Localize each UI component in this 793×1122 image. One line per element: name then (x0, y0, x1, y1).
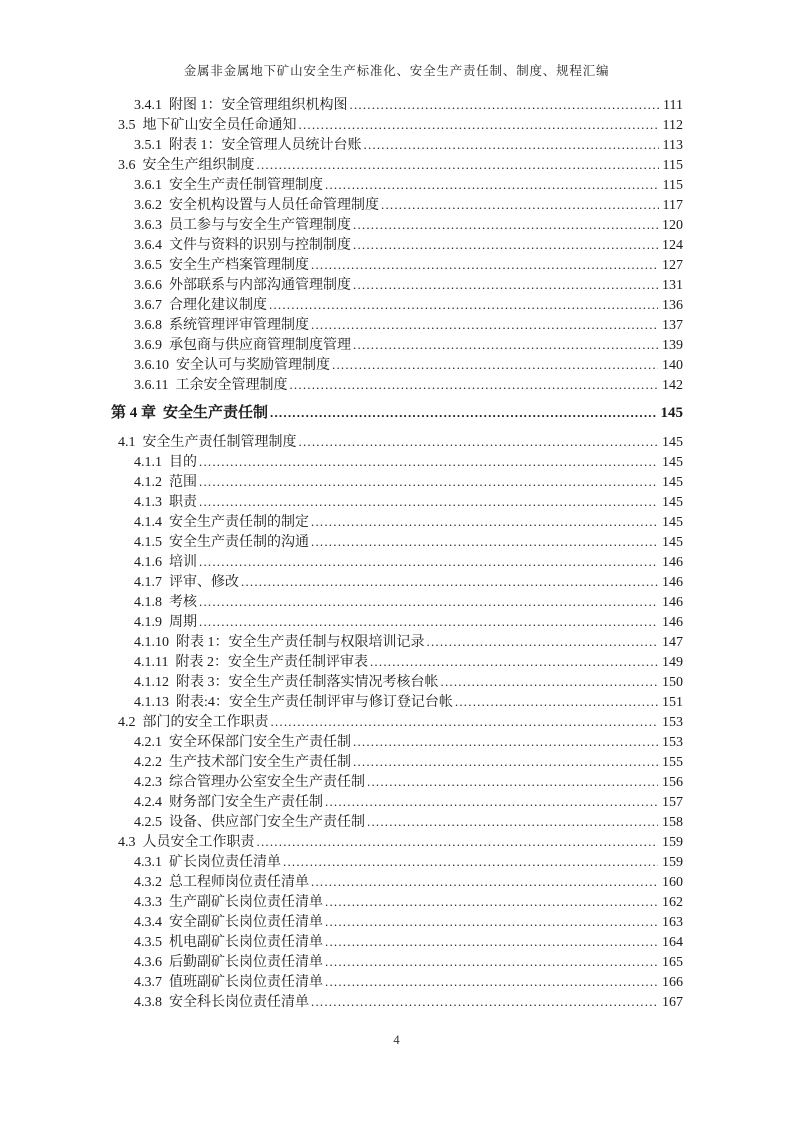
toc-entry-title: 机电副矿长岗位责任清单 (169, 933, 323, 953)
toc-entry-page: 158 (662, 813, 683, 833)
toc-entry-title: 安全生产责任制的沟通 (169, 533, 309, 553)
toc-entry[interactable]: 3.6.3 员工参与与安全生产管理制度 120 (111, 215, 683, 235)
toc-entry-title: 安全生产责任制 (163, 403, 268, 423)
toc-entry-number: 3.6.10 (134, 356, 169, 376)
toc-entry-page: 146 (662, 593, 683, 613)
toc-entry-number: 4.3.6 (134, 953, 162, 973)
toc-entry-title: 值班副矿长岗位责任清单 (169, 973, 323, 993)
toc-entry[interactable]: 3.6.8 系统管理评审管理制度 137 (111, 315, 683, 335)
toc-dot-leader (199, 492, 658, 513)
toc-entry[interactable]: 4.2.4 财务部门安全生产责任制 157 (111, 792, 683, 812)
toc-entry-page: 127 (662, 256, 683, 276)
toc-entry-number: 4.3.2 (134, 873, 162, 893)
toc-entry-page: 165 (662, 953, 683, 973)
toc-entry-title: 财务部门安全生产责任制 (169, 793, 323, 813)
toc-entry-number: 4.1.2 (134, 473, 162, 493)
document-page: 金属非金属地下矿山安全生产标准化、安全生产责任制、制度、规程汇编 3.4.1 附… (0, 0, 793, 1122)
toc-entry-page: 147 (662, 633, 683, 653)
toc-entry-title: 安全认可与奖励管理制度 (176, 356, 330, 376)
toc-entry[interactable]: 4.1.11 附表 2：安全生产责任制评审表 149 (111, 652, 683, 672)
toc-dot-leader (367, 772, 658, 793)
toc-entry[interactable]: 4.1.7 评审、修改 146 (111, 572, 683, 592)
toc-entry-title: 安全科长岗位责任清单 (169, 993, 309, 1013)
toc-entry-title: 文件与资料的识别与控制制度 (169, 236, 351, 256)
toc-entry-page: 142 (662, 376, 683, 396)
toc-entry[interactable]: 4.1.13 附表:4：安全生产责任制评审与修订登记台帐 151 (111, 692, 683, 712)
toc-entry-number: 4.1.6 (134, 553, 162, 573)
toc-dot-leader (381, 195, 659, 216)
toc-entry-number: 3.6 (118, 156, 136, 176)
toc-entry-title: 附表 3：安全生产责任制落实情况考核台帐 (176, 673, 439, 693)
toc-entry-number: 4.1.5 (134, 533, 162, 553)
toc-dot-leader (350, 95, 660, 116)
toc-entry-page: 146 (662, 613, 683, 633)
toc-entry-number: 4.2.1 (134, 733, 162, 753)
toc-entry[interactable]: 4.2 部门的安全工作职责 153 (111, 712, 683, 732)
toc-entry-title: 安全副矿长岗位责任清单 (169, 913, 323, 933)
toc-dot-leader (311, 315, 658, 336)
toc-entry-page: 162 (662, 893, 683, 913)
toc-entry[interactable]: 3.6.6 外部联系与内部沟通管理制度 131 (111, 275, 683, 295)
toc-entry-page: 146 (662, 553, 683, 573)
toc-dot-leader (353, 235, 658, 256)
toc-entry-number: 3.6.8 (134, 316, 162, 336)
toc-entry-page: 111 (663, 96, 683, 116)
toc-entry-number: 3.6.11 (134, 376, 168, 396)
toc-dot-leader (311, 532, 658, 553)
toc-entry-page: 140 (662, 356, 683, 376)
toc-dot-leader (325, 792, 658, 813)
toc-entry-title: 合理化建议制度 (169, 296, 267, 316)
toc-entry-number: 第 4 章 (111, 403, 156, 423)
toc-entry-page: 157 (662, 793, 683, 813)
toc-entry-number: 3.6.5 (134, 256, 162, 276)
toc-dot-leader (370, 652, 658, 673)
toc-entry[interactable]: 3.5.1 附表 1：安全管理人员统计台账 113 (111, 135, 683, 155)
toc-entry-title: 附表:4：安全生产责任制评审与修订登记台帐 (176, 693, 453, 713)
toc-entry-title: 安全生产责任制的制定 (169, 513, 309, 533)
toc-dot-leader (353, 752, 658, 773)
toc-dot-leader (269, 295, 658, 316)
toc-entry-title: 人员安全工作职责 (143, 833, 255, 853)
toc-entry[interactable]: 4.2.2 生产技术部门安全生产责任制 155 (111, 752, 683, 772)
toc-entry-number: 3.6.6 (134, 276, 162, 296)
toc-entry[interactable]: 4.3.8 安全科长岗位责任清单 167 (111, 992, 683, 1012)
toc-dot-leader (427, 632, 659, 653)
table-of-contents: 3.4.1 附图 1：安全管理组织机构图 111 3.5 地下矿山安全员任命通知… (111, 95, 683, 1012)
toc-entry[interactable]: 3.4.1 附图 1：安全管理组织机构图 111 (111, 95, 683, 115)
toc-entry[interactable]: 3.6.7 合理化建议制度 136 (111, 295, 683, 315)
toc-dot-leader (270, 403, 656, 423)
toc-dot-leader (199, 472, 658, 493)
toc-entry-page: 112 (663, 116, 683, 136)
toc-entry[interactable]: 4.3.2 总工程师岗位责任清单 160 (111, 872, 683, 892)
toc-entry[interactable]: 4.1.3 职责 145 (111, 492, 683, 512)
toc-entry-number: 4.2.5 (134, 813, 162, 833)
toc-entry-title: 总工程师岗位责任清单 (169, 873, 309, 893)
toc-entry-title: 工余安全管理制度 (175, 376, 287, 396)
toc-dot-leader (283, 852, 658, 873)
toc-entry-title: 矿长岗位责任清单 (169, 853, 281, 873)
toc-dot-leader (364, 135, 659, 156)
toc-entry[interactable]: 4.1.10 附表 1：安全生产责任制与权限培训记录 147 (111, 632, 683, 652)
toc-entry-number: 4.1.13 (134, 693, 169, 713)
toc-entry-title: 考核 (169, 593, 197, 613)
toc-entry-title: 目的 (169, 453, 197, 473)
toc-entry[interactable]: 4.3.7 值班副矿长岗位责任清单 166 (111, 972, 683, 992)
toc-entry[interactable]: 4.1.5 安全生产责任制的沟通 145 (111, 532, 683, 552)
toc-entry-number: 4.2 (118, 713, 136, 733)
toc-entry-title: 安全环保部门安全生产责任制 (169, 733, 351, 753)
toc-entry-number: 4.1 (118, 433, 136, 453)
toc-entry-page: 117 (663, 196, 683, 216)
toc-entry-title: 安全机构设置与人员任命管理制度 (169, 196, 379, 216)
toc-entry[interactable]: 3.6.10 安全认可与奖励管理制度 140 (111, 355, 683, 375)
toc-entry-page: 151 (662, 693, 683, 713)
toc-entry[interactable]: 4.3.5 机电副矿长岗位责任清单 164 (111, 932, 683, 952)
toc-entry-title: 评审、修改 (169, 573, 239, 593)
toc-entry[interactable]: 3.6 安全生产组织制度 115 (111, 155, 683, 175)
toc-entry[interactable]: 第 4 章 安全生产责任制 145 (111, 403, 683, 423)
toc-entry[interactable]: 4.3.3 生产副矿长岗位责任清单 162 (111, 892, 683, 912)
toc-entry-page: 159 (662, 833, 683, 853)
footer-page-number: 4 (0, 1033, 793, 1048)
toc-entry-number: 4.1.4 (134, 513, 162, 533)
toc-dot-leader (299, 432, 659, 453)
toc-entry-page: 164 (662, 933, 683, 953)
toc-entry-number: 4.1.3 (134, 493, 162, 513)
toc-entry[interactable]: 4.1.6 培训 146 (111, 552, 683, 572)
toc-dot-leader (289, 375, 658, 396)
toc-entry-number: 4.3.4 (134, 913, 162, 933)
toc-entry-page: 136 (662, 296, 683, 316)
toc-entry-page: 160 (662, 873, 683, 893)
toc-dot-leader (257, 155, 659, 176)
toc-entry-title: 综合管理办公室安全生产责任制 (169, 773, 365, 793)
toc-entry[interactable]: 4.3.4 安全副矿长岗位责任清单 163 (111, 912, 683, 932)
toc-entry-title: 附表 1：安全管理人员统计台账 (169, 136, 362, 156)
toc-entry-number: 4.1.1 (134, 453, 162, 473)
toc-entry[interactable]: 4.1.12 附表 3：安全生产责任制落实情况考核台帐 150 (111, 672, 683, 692)
toc-entry-page: 115 (663, 156, 683, 176)
toc-entry-number: 4.1.8 (134, 593, 162, 613)
toc-entry[interactable]: 4.3 人员安全工作职责 159 (111, 832, 683, 852)
toc-entry-title: 培训 (169, 553, 197, 573)
toc-entry[interactable]: 3.6.5 安全生产档案管理制度 127 (111, 255, 683, 275)
toc-entry-number: 4.2.3 (134, 773, 162, 793)
toc-dot-leader (257, 832, 659, 853)
toc-entry-number: 3.4.1 (134, 96, 162, 116)
toc-entry-number: 4.1.11 (134, 653, 168, 673)
toc-entry[interactable]: 4.1.9 周期 146 (111, 612, 683, 632)
toc-entry-title: 系统管理评审管理制度 (169, 316, 309, 336)
toc-entry-number: 3.6.4 (134, 236, 162, 256)
toc-entry-page: 163 (662, 913, 683, 933)
toc-entry-title: 承包商与供应商管理制度管理 (169, 336, 351, 356)
toc-dot-leader (199, 592, 658, 613)
toc-entry-title: 安全生产档案管理制度 (169, 256, 309, 276)
toc-entry-number: 4.3 (118, 833, 136, 853)
toc-dot-leader (199, 612, 658, 633)
toc-entry-page: 139 (662, 336, 683, 356)
toc-dot-leader (325, 912, 658, 933)
toc-entry[interactable]: 3.6.1 安全生产责任制管理制度 115 (111, 175, 683, 195)
toc-dot-leader (325, 175, 659, 196)
toc-entry-page: 145 (661, 403, 684, 423)
toc-dot-leader (325, 932, 658, 953)
toc-entry-title: 地下矿山安全员任命通知 (143, 116, 297, 136)
document-header-title: 金属非金属地下矿山安全生产标准化、安全生产责任制、制度、规程汇编 (0, 61, 793, 79)
toc-entry-title: 外部联系与内部沟通管理制度 (169, 276, 351, 296)
toc-entry-page: 145 (662, 493, 683, 513)
toc-entry-number: 4.1.10 (134, 633, 169, 653)
toc-dot-leader (241, 572, 658, 593)
toc-dot-leader (299, 115, 659, 136)
toc-dot-leader (353, 275, 658, 296)
toc-entry-number: 3.6.9 (134, 336, 162, 356)
toc-entry[interactable]: 4.2.3 综合管理办公室安全生产责任制 156 (111, 772, 683, 792)
toc-entry-title: 安全生产组织制度 (143, 156, 255, 176)
toc-entry-page: 115 (663, 176, 683, 196)
toc-dot-leader (199, 552, 658, 573)
toc-entry-number: 4.3.1 (134, 853, 162, 873)
toc-dot-leader (367, 812, 658, 833)
toc-dot-leader (332, 355, 658, 376)
toc-entry-title: 周期 (169, 613, 197, 633)
toc-dot-leader (455, 692, 658, 713)
toc-entry-page: 155 (662, 753, 683, 773)
toc-entry-number: 4.1.7 (134, 573, 162, 593)
toc-entry-title: 范围 (169, 473, 197, 493)
toc-entry-page: 124 (662, 236, 683, 256)
toc-dot-leader (311, 992, 658, 1013)
toc-entry-title: 职责 (169, 493, 197, 513)
toc-entry-title: 附表 2：安全生产责任制评审表 (175, 653, 368, 673)
toc-entry-number: 4.3.5 (134, 933, 162, 953)
toc-entry[interactable]: 4.1 安全生产责任制管理制度 145 (111, 432, 683, 452)
toc-dot-leader (311, 512, 658, 533)
toc-entry-page: 113 (663, 136, 683, 156)
toc-entry-title: 员工参与与安全生产管理制度 (169, 216, 351, 236)
toc-entry-title: 部门的安全工作职责 (143, 713, 269, 733)
toc-entry-page: 153 (662, 733, 683, 753)
toc-entry[interactable]: 3.5 地下矿山安全员任命通知 112 (111, 115, 683, 135)
toc-entry[interactable]: 4.3.6 后勤副矿长岗位责任清单 165 (111, 952, 683, 972)
toc-entry-title: 附图 1：安全管理组织机构图 (169, 96, 348, 116)
toc-entry-page: 149 (662, 653, 683, 673)
toc-dot-leader (199, 452, 658, 473)
toc-entry-page: 137 (662, 316, 683, 336)
toc-entry-title: 生产副矿长岗位责任清单 (169, 893, 323, 913)
toc-dot-leader (325, 952, 658, 973)
toc-dot-leader (325, 892, 658, 913)
toc-dot-leader (353, 335, 658, 356)
toc-entry-title: 安全生产责任制管理制度 (169, 176, 323, 196)
toc-entry-title: 附表 1：安全生产责任制与权限培训记录 (176, 633, 425, 653)
toc-entry-page: 156 (662, 773, 683, 793)
toc-dot-leader (441, 672, 659, 693)
toc-entry-page: 145 (662, 473, 683, 493)
toc-entry-number: 3.6.7 (134, 296, 162, 316)
toc-entry-number: 4.3.7 (134, 973, 162, 993)
toc-dot-leader (311, 872, 658, 893)
toc-entry-title: 后勤副矿长岗位责任清单 (169, 953, 323, 973)
toc-entry-page: 150 (662, 673, 683, 693)
toc-entry-page: 166 (662, 973, 683, 993)
toc-dot-leader (353, 215, 658, 236)
toc-entry-number: 3.6.1 (134, 176, 162, 196)
toc-entry-number: 3.6.3 (134, 216, 162, 236)
toc-entry-page: 145 (662, 513, 683, 533)
toc-entry-number: 4.2.2 (134, 753, 162, 773)
toc-entry[interactable]: 4.2.1 安全环保部门安全生产责任制 153 (111, 732, 683, 752)
toc-dot-leader (325, 972, 658, 993)
toc-entry-number: 4.3.8 (134, 993, 162, 1013)
toc-entry-page: 167 (662, 993, 683, 1013)
toc-entry[interactable]: 4.1.2 范围 145 (111, 472, 683, 492)
toc-entry[interactable]: 4.3.1 矿长岗位责任清单 159 (111, 852, 683, 872)
toc-dot-leader (311, 255, 658, 276)
toc-entry-number: 4.2.4 (134, 793, 162, 813)
toc-entry[interactable]: 4.1.8 考核 146 (111, 592, 683, 612)
toc-dot-leader (353, 732, 658, 753)
toc-entry[interactable]: 4.2.5 设备、供应部门安全生产责任制 158 (111, 812, 683, 832)
toc-entry-page: 145 (662, 533, 683, 553)
toc-entry-page: 120 (662, 216, 683, 236)
toc-entry-page: 153 (662, 713, 683, 733)
toc-entry-number: 4.1.12 (134, 673, 169, 693)
toc-entry-title: 安全生产责任制管理制度 (143, 433, 297, 453)
toc-entry[interactable]: 3.6.11 工余安全管理制度 142 (111, 375, 683, 395)
toc-entry-number: 4.1.9 (134, 613, 162, 633)
toc-entry-page: 146 (662, 573, 683, 593)
toc-entry[interactable]: 4.1.4 安全生产责任制的制定 145 (111, 512, 683, 532)
toc-entry-page: 145 (662, 453, 683, 473)
toc-entry-page: 131 (662, 276, 683, 296)
toc-entry[interactable]: 3.6.2 安全机构设置与人员任命管理制度 117 (111, 195, 683, 215)
toc-entry[interactable]: 4.1.1 目的 145 (111, 452, 683, 472)
toc-entry-title: 生产技术部门安全生产责任制 (169, 753, 351, 773)
toc-entry-number: 4.3.3 (134, 893, 162, 913)
toc-dot-leader (271, 712, 659, 733)
toc-entry-number: 3.5.1 (134, 136, 162, 156)
toc-entry-number: 3.5 (118, 116, 136, 136)
toc-entry-number: 3.6.2 (134, 196, 162, 216)
toc-entry[interactable]: 3.6.9 承包商与供应商管理制度管理 139 (111, 335, 683, 355)
toc-entry-title: 设备、供应部门安全生产责任制 (169, 813, 365, 833)
toc-entry-page: 159 (662, 853, 683, 873)
toc-entry[interactable]: 3.6.4 文件与资料的识别与控制制度 124 (111, 235, 683, 255)
toc-entry-page: 145 (662, 433, 683, 453)
